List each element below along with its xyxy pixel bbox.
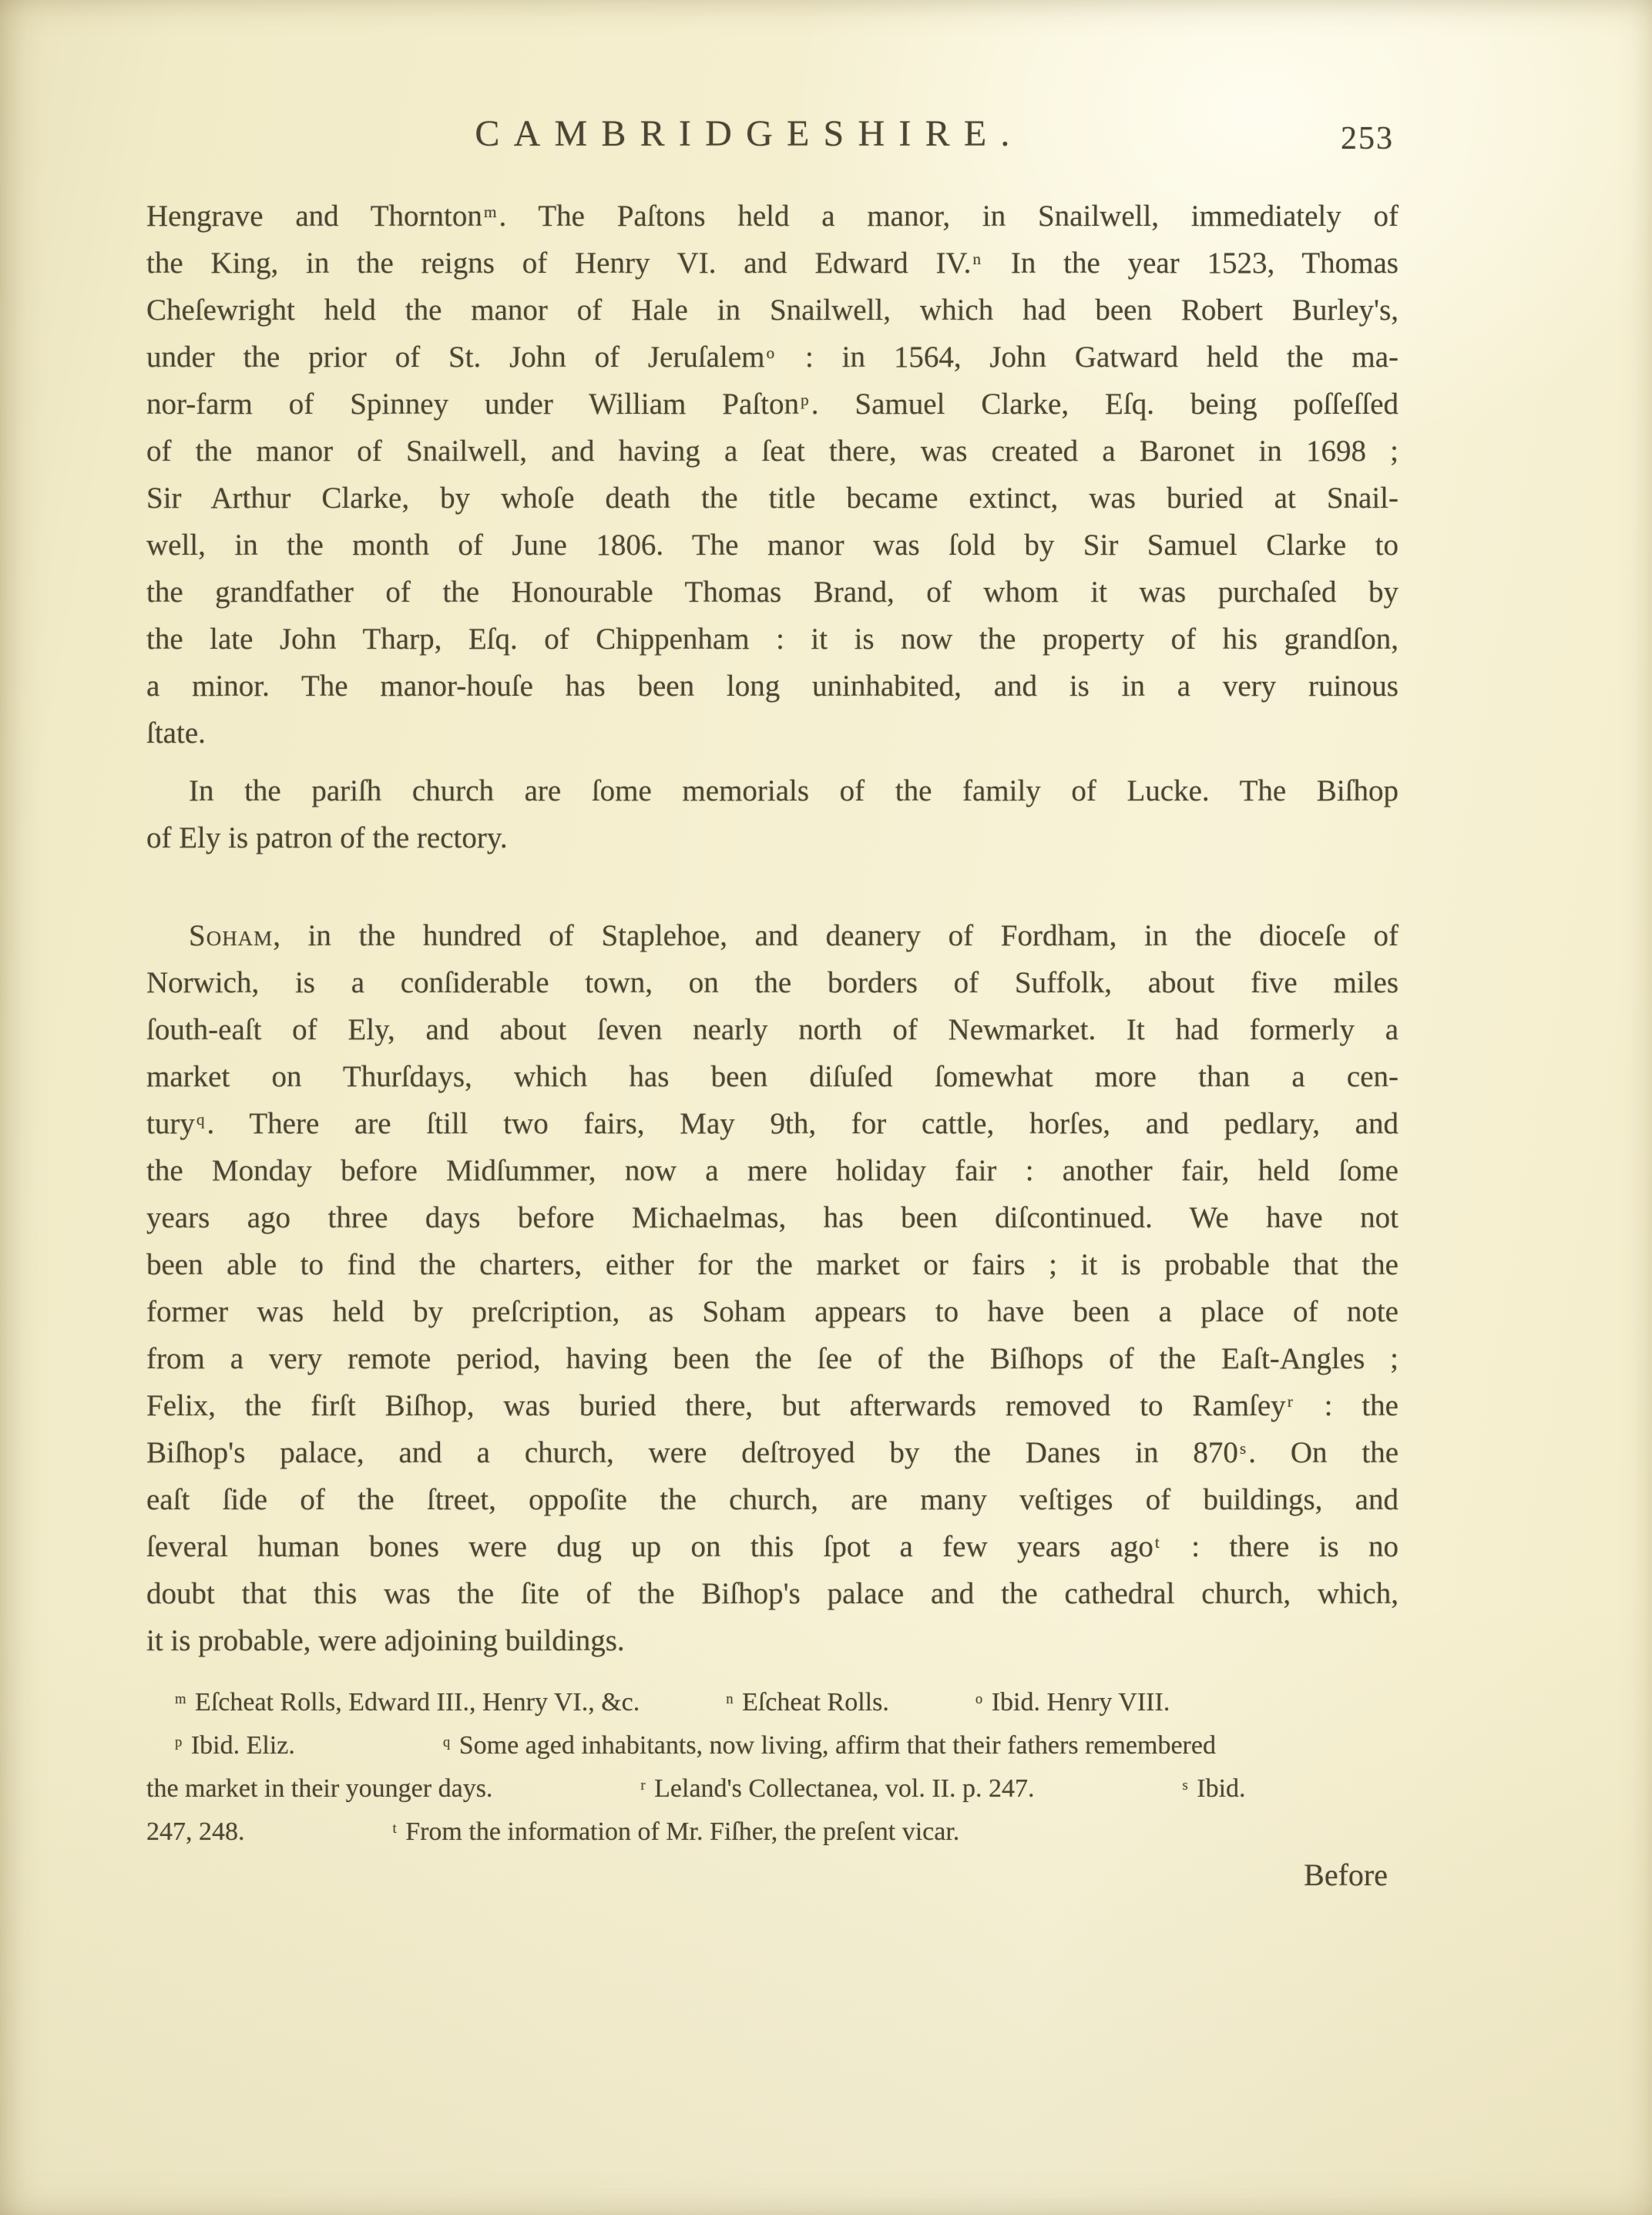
- text-run: the Monday before Midſummer, now a mere …: [146, 1154, 1398, 1187]
- text-run: former was held by preſcription, as Soha…: [146, 1295, 1398, 1328]
- text-run: : the: [1295, 1389, 1398, 1422]
- text-run: , in the hundred of Staplehoe, and deane…: [273, 919, 1398, 952]
- text-run: of the manor of Snailwell, and having a …: [146, 435, 1398, 468]
- text-run: Norwich, is a conſiderable town, on the …: [146, 966, 1398, 999]
- text-run: it is probable, were adjoining buildings…: [146, 1624, 625, 1657]
- footnote-gap: [295, 1753, 442, 1754]
- book-page: CAMBRIDGESHIRE. 253 Hengrave and Thornto…: [0, 0, 1652, 2215]
- text-run: In the year 1523, Thomas: [983, 247, 1398, 280]
- text-line: the grandfather of the Honourable Thomas…: [146, 569, 1398, 616]
- paragraph: Hengrave and Thorntonm. The Paſtons held…: [146, 193, 1398, 757]
- text-line: turyq. There are ſtill two fairs, May 9t…: [146, 1100, 1398, 1147]
- text-line: ſtate.: [146, 710, 1398, 757]
- footnote-marker: m: [484, 203, 497, 221]
- text-line: Soham, in the hundred of Staplehoe, and …: [146, 912, 1398, 959]
- text-run: From the information of Mr. Fiſher, the …: [399, 1817, 960, 1846]
- text-run: market on Thurſdays, which has been diſu…: [146, 1060, 1398, 1093]
- text-line: it is probable, were adjoining buildings…: [146, 1617, 1398, 1664]
- text-line: Biſhop's palace, and a church, were deſt…: [146, 1429, 1398, 1476]
- footnote-marker: t: [393, 1821, 397, 1837]
- text-line: 247, 248.t From the information of Mr. F…: [146, 1811, 1398, 1854]
- text-line: the market in their younger days.r Lelan…: [146, 1767, 1398, 1811]
- text-run: under the prior of St. John of Jeruſalem: [146, 341, 764, 374]
- text-line: under the prior of St. John of Jeruſalem…: [146, 334, 1398, 381]
- text-line: of the manor of Snailwell, and having a …: [146, 428, 1398, 475]
- footnote-marker: s: [1240, 1439, 1246, 1458]
- body-text: Hengrave and Thorntonm. The Paſtons held…: [0, 0, 1652, 1664]
- text-run: . The Paſtons held a manor, in Snailwell…: [499, 200, 1398, 233]
- text-run: Ibid.: [1190, 1774, 1246, 1803]
- text-run: the King, in the reigns of Henry VI. and…: [146, 247, 971, 280]
- paragraph: In the pariſh church are ſome memorials …: [146, 767, 1398, 861]
- text-line: In the pariſh church are ſome memorials …: [146, 767, 1398, 814]
- text-line: a minor. The manor-houſe has been long u…: [146, 663, 1398, 710]
- text-line: Hengrave and Thorntonm. The Paſtons held…: [146, 193, 1398, 240]
- text-run: doubt that this was the ſite of the Biſh…: [146, 1577, 1398, 1610]
- text-run: ſeveral human bones were dug up on this …: [146, 1530, 1153, 1563]
- text-run: the late John Tharp, Eſq. of Chippenham …: [146, 623, 1398, 656]
- text-line: p Ibid. Eliz.q Some aged inhabitants, no…: [146, 1724, 1398, 1767]
- text-line: years ago three days before Michaelmas, …: [146, 1194, 1398, 1241]
- text-run: nor-farm of Spinney under William Paſton: [146, 388, 799, 421]
- text-run: tury: [146, 1107, 195, 1140]
- footnote-gap: [889, 1710, 974, 1710]
- text-line: of Ely is patron of the rectory.: [146, 814, 1398, 861]
- text-line: m Eſcheat Rolls, Edward III., Henry VI.,…: [146, 1681, 1398, 1724]
- text-line: market on Thurſdays, which has been diſu…: [146, 1053, 1398, 1100]
- text-run: years ago three days before Michaelmas, …: [146, 1201, 1398, 1234]
- footnote-marker: n: [972, 250, 981, 268]
- text-run: of Ely is patron of the rectory.: [146, 821, 508, 854]
- text-line: eaſt ſide of the ſtreet, oppoſite the ch…: [146, 1476, 1398, 1523]
- footnote-marker: r: [1288, 1392, 1293, 1411]
- text-run: from a very remote period, having been t…: [146, 1342, 1398, 1375]
- text-run: Eſcheat Rolls, Edward III., Henry VI., &…: [189, 1688, 640, 1717]
- text-run: Felix, the firſt Biſhop, was buried ther…: [146, 1389, 1286, 1422]
- text-run: been able to find the charters, either f…: [146, 1248, 1398, 1281]
- text-run: eaſt ſide of the ſtreet, oppoſite the ch…: [146, 1483, 1398, 1516]
- footnote-marker: p: [801, 391, 809, 409]
- text-run: : there is no: [1162, 1530, 1398, 1563]
- paragraph: Soham, in the hundred of Staplehoe, and …: [146, 912, 1398, 1664]
- text-run: Sir Arthur Clarke, by whoſe death the ti…: [146, 482, 1398, 515]
- text-line: nor-farm of Spinney under William Paſton…: [146, 381, 1398, 428]
- text-line: Cheſewright held the manor of Hale in Sn…: [146, 287, 1398, 334]
- text-line: the Monday before Midſummer, now a mere …: [146, 1147, 1398, 1194]
- footnotes: m Eſcheat Rolls, Edward III., Henry VI.,…: [146, 1681, 1398, 1854]
- text-line: Felix, the firſt Biſhop, was buried ther…: [146, 1382, 1398, 1429]
- footnote-marker: q: [196, 1110, 205, 1129]
- footnote-gap: [640, 1710, 724, 1710]
- text-line: doubt that this was the ſite of the Biſh…: [146, 1570, 1398, 1617]
- footnote-marker: o: [766, 344, 774, 362]
- text-line: the King, in the reigns of Henry VI. and…: [146, 240, 1398, 287]
- footnote-marker: r: [640, 1777, 645, 1794]
- text-run: ſouth-eaſt of Ely, and about ſeven nearl…: [146, 1013, 1398, 1046]
- footnote-marker: m: [175, 1691, 186, 1707]
- text-run: Hengrave and Thornton: [146, 200, 482, 233]
- text-run: ſtate.: [146, 717, 206, 750]
- text-run: 247, 248.: [146, 1817, 245, 1846]
- text-line: been able to find the charters, either f…: [146, 1241, 1398, 1288]
- text-run: Cheſewright held the manor of Hale in Sn…: [146, 294, 1398, 327]
- text-run: Leland's Collectanea, vol. II. p. 247.: [648, 1774, 1035, 1803]
- text-run: : in 1564, John Gatward held the ma-: [777, 341, 1398, 374]
- footnote-gap: [245, 1839, 391, 1840]
- text-line: ſeveral human bones were dug up on this …: [146, 1523, 1398, 1570]
- text-run: Eſcheat Rolls.: [736, 1688, 889, 1717]
- text-line: Norwich, is a conſiderable town, on the …: [146, 959, 1398, 1006]
- footnote-marker: n: [726, 1691, 733, 1707]
- text-run: In the pariſh church are ſome memorials …: [189, 774, 1398, 807]
- text-run: well, in the month of June 1806. The man…: [146, 529, 1398, 562]
- small-caps-word: Soham: [189, 919, 273, 952]
- text-line: ſouth-eaſt of Ely, and about ſeven nearl…: [146, 1006, 1398, 1053]
- text-run: a minor. The manor-houſe has been long u…: [146, 670, 1398, 703]
- footnote-marker: s: [1182, 1777, 1187, 1794]
- text-line: former was held by preſcription, as Soha…: [146, 1288, 1398, 1335]
- text-line: from a very remote period, having been t…: [146, 1335, 1398, 1382]
- footnote-marker: p: [175, 1734, 182, 1750]
- text-run: the grandfather of the Honourable Thomas…: [146, 576, 1398, 609]
- footnote-gap: [1034, 1796, 1180, 1797]
- text-run: . Samuel Clarke, Eſq. being poſſeſſed: [811, 388, 1398, 421]
- footnote-marker: t: [1155, 1533, 1160, 1552]
- catchword: Before: [146, 1857, 1398, 1893]
- text-run: Biſhop's palace, and a church, were deſt…: [146, 1436, 1238, 1469]
- text-run: Ibid. Eliz.: [184, 1731, 295, 1760]
- text-run: Ibid. Henry VIII.: [985, 1688, 1170, 1717]
- text-run: Some aged inhabitants, now living, affir…: [452, 1731, 1216, 1760]
- footnote-marker: q: [443, 1734, 450, 1750]
- text-run: . On the: [1248, 1436, 1398, 1469]
- text-line: the late John Tharp, Eſq. of Chippenham …: [146, 616, 1398, 663]
- text-run: the market in their younger days.: [146, 1774, 492, 1803]
- text-run: . There are ſtill two fairs, May 9th, fo…: [207, 1107, 1398, 1140]
- text-line: well, in the month of June 1806. The man…: [146, 522, 1398, 569]
- text-line: Sir Arthur Clarke, by whoſe death the ti…: [146, 475, 1398, 522]
- footnote-marker: o: [975, 1691, 982, 1707]
- footnote-gap: [492, 1796, 639, 1797]
